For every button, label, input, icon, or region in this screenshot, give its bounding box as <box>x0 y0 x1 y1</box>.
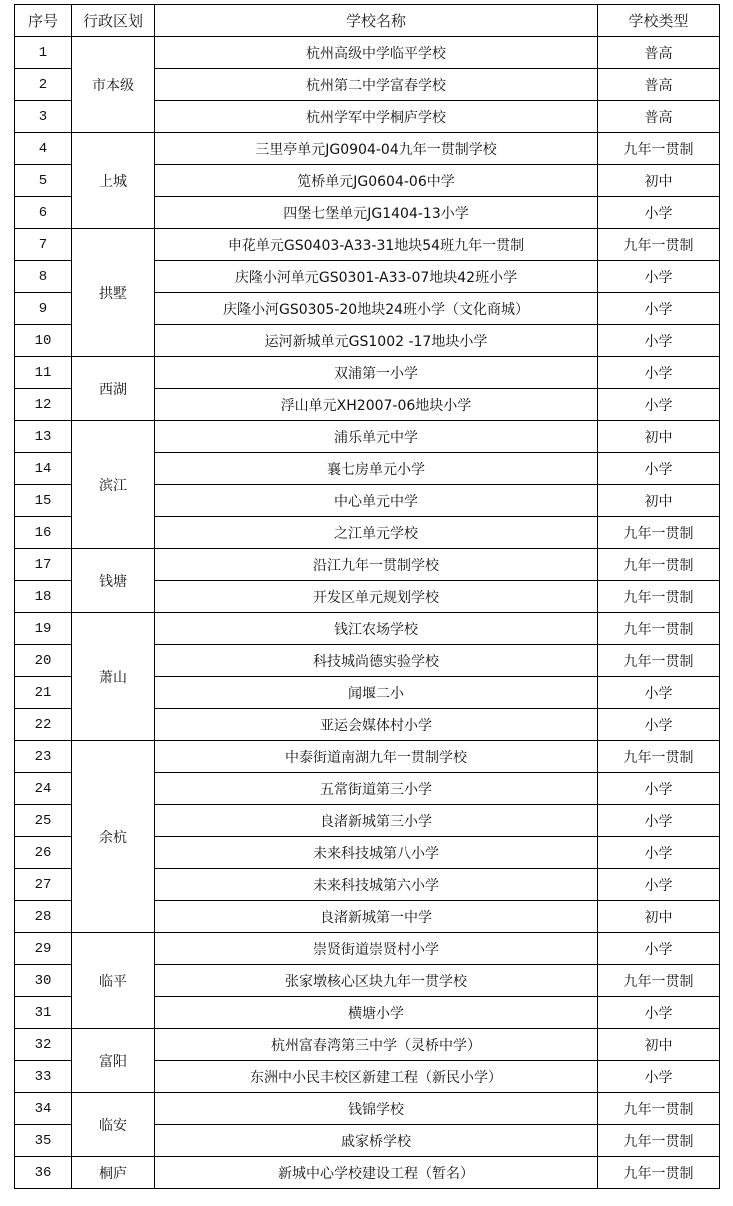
serial-number-cell: 26 <box>15 837 72 869</box>
serial-number-cell: 17 <box>15 549 72 581</box>
district-cell: 上城 <box>72 133 155 229</box>
serial-number-cell: 20 <box>15 645 72 677</box>
table-row: 19萧山钱江农场学校九年一贯制 <box>15 613 720 645</box>
school-name-cell: 张家墩核心区块九年一贯学校 <box>155 965 598 997</box>
serial-number-cell: 13 <box>15 421 72 453</box>
header-school-type: 学校类型 <box>598 5 720 37</box>
school-type-cell: 初中 <box>598 421 720 453</box>
table-row: 1市本级杭州高级中学临平学校普高 <box>15 37 720 69</box>
school-name-cell: 未来科技城第六小学 <box>155 869 598 901</box>
serial-number-cell: 14 <box>15 453 72 485</box>
school-type-cell: 初中 <box>598 1029 720 1061</box>
school-name-cell: 钱锦学校 <box>155 1093 598 1125</box>
school-name-cell: 三里亭单元JG0904-04九年一贯制学校 <box>155 133 598 165</box>
school-type-cell: 小学 <box>598 773 720 805</box>
school-name-cell: 杭州第二中学富春学校 <box>155 69 598 101</box>
serial-number-cell: 31 <box>15 997 72 1029</box>
serial-number-cell: 28 <box>15 901 72 933</box>
district-cell: 滨江 <box>72 421 155 549</box>
school-name-cell: 沿江九年一贯制学校 <box>155 549 598 581</box>
serial-number-cell: 23 <box>15 741 72 773</box>
school-name-cell: 科技城尚德实验学校 <box>155 645 598 677</box>
district-cell: 桐庐 <box>72 1157 155 1189</box>
serial-number-cell: 29 <box>15 933 72 965</box>
serial-number-cell: 36 <box>15 1157 72 1189</box>
school-name-cell: 襄七房单元小学 <box>155 453 598 485</box>
serial-number-cell: 8 <box>15 261 72 293</box>
school-name-cell: 戚家桥学校 <box>155 1125 598 1157</box>
school-name-cell: 申花单元GS0403-A33-31地块54班九年一贯制 <box>155 229 598 261</box>
district-cell: 西湖 <box>72 357 155 421</box>
serial-number-cell: 11 <box>15 357 72 389</box>
school-type-cell: 小学 <box>598 261 720 293</box>
table-row: 17钱塘沿江九年一贯制学校九年一贯制 <box>15 549 720 581</box>
school-name-cell: 之江单元学校 <box>155 517 598 549</box>
serial-number-cell: 24 <box>15 773 72 805</box>
school-type-cell: 小学 <box>598 357 720 389</box>
school-type-cell: 小学 <box>598 677 720 709</box>
school-type-cell: 普高 <box>598 69 720 101</box>
school-name-cell: 浦乐单元中学 <box>155 421 598 453</box>
serial-number-cell: 15 <box>15 485 72 517</box>
school-type-cell: 九年一贯制 <box>598 965 720 997</box>
school-type-cell: 九年一贯制 <box>598 741 720 773</box>
header-serial-number: 序号 <box>15 5 72 37</box>
serial-number-cell: 2 <box>15 69 72 101</box>
school-type-cell: 小学 <box>598 293 720 325</box>
serial-number-cell: 10 <box>15 325 72 357</box>
school-name-cell: 浮山单元XH2007-06地块小学 <box>155 389 598 421</box>
serial-number-cell: 4 <box>15 133 72 165</box>
table-row: 11西湖双浦第一小学小学 <box>15 357 720 389</box>
school-type-cell: 九年一贯制 <box>598 549 720 581</box>
school-type-cell: 初中 <box>598 901 720 933</box>
school-name-cell: 亚运会媒体村小学 <box>155 709 598 741</box>
school-name-cell: 四堡七堡单元JG1404-13小学 <box>155 197 598 229</box>
school-name-cell: 中心单元中学 <box>155 485 598 517</box>
school-type-cell: 九年一贯制 <box>598 613 720 645</box>
serial-number-cell: 9 <box>15 293 72 325</box>
school-type-cell: 小学 <box>598 805 720 837</box>
school-list-table: 序号 行政区划 学校名称 学校类型 1市本级杭州高级中学临平学校普高2杭州第二中… <box>14 4 720 1189</box>
school-type-cell: 九年一贯制 <box>598 517 720 549</box>
school-name-cell: 双浦第一小学 <box>155 357 598 389</box>
school-type-cell: 九年一贯制 <box>598 1157 720 1189</box>
district-cell: 萧山 <box>72 613 155 741</box>
table-row: 23余杭中泰街道南湖九年一贯制学校九年一贯制 <box>15 741 720 773</box>
serial-number-cell: 33 <box>15 1061 72 1093</box>
table-row: 4上城三里亭单元JG0904-04九年一贯制学校九年一贯制 <box>15 133 720 165</box>
school-name-cell: 闻堰二小 <box>155 677 598 709</box>
header-row: 序号 行政区划 学校名称 学校类型 <box>15 5 720 37</box>
district-cell: 市本级 <box>72 37 155 133</box>
school-name-cell: 运河新城单元GS1002 -17地块小学 <box>155 325 598 357</box>
school-type-cell: 小学 <box>598 869 720 901</box>
school-type-cell: 小学 <box>598 933 720 965</box>
school-type-cell: 普高 <box>598 37 720 69</box>
serial-number-cell: 34 <box>15 1093 72 1125</box>
district-cell: 钱塘 <box>72 549 155 613</box>
serial-number-cell: 30 <box>15 965 72 997</box>
serial-number-cell: 32 <box>15 1029 72 1061</box>
district-cell: 拱墅 <box>72 229 155 357</box>
school-type-cell: 九年一贯制 <box>598 133 720 165</box>
serial-number-cell: 16 <box>15 517 72 549</box>
serial-number-cell: 27 <box>15 869 72 901</box>
school-name-cell: 良渚新城第一中学 <box>155 901 598 933</box>
table-row: 29临平崇贤街道崇贤村小学小学 <box>15 933 720 965</box>
school-type-cell: 小学 <box>598 997 720 1029</box>
school-type-cell: 九年一贯制 <box>598 1093 720 1125</box>
school-name-cell: 良渚新城第三小学 <box>155 805 598 837</box>
school-name-cell: 横塘小学 <box>155 997 598 1029</box>
serial-number-cell: 12 <box>15 389 72 421</box>
table-body: 1市本级杭州高级中学临平学校普高2杭州第二中学富春学校普高3杭州学军中学桐庐学校… <box>15 37 720 1189</box>
serial-number-cell: 1 <box>15 37 72 69</box>
school-name-cell: 杭州高级中学临平学校 <box>155 37 598 69</box>
table-row: 34临安钱锦学校九年一贯制 <box>15 1093 720 1125</box>
school-name-cell: 崇贤街道崇贤村小学 <box>155 933 598 965</box>
serial-number-cell: 35 <box>15 1125 72 1157</box>
school-name-cell: 杭州学军中学桐庐学校 <box>155 101 598 133</box>
school-name-cell: 庆隆小河单元GS0301-A33-07地块42班小学 <box>155 261 598 293</box>
school-type-cell: 初中 <box>598 165 720 197</box>
district-cell: 临平 <box>72 933 155 1029</box>
serial-number-cell: 22 <box>15 709 72 741</box>
serial-number-cell: 25 <box>15 805 72 837</box>
school-name-cell: 新城中心学校建设工程（暂名） <box>155 1157 598 1189</box>
school-type-cell: 小学 <box>598 325 720 357</box>
school-name-cell: 笕桥单元JG0604-06中学 <box>155 165 598 197</box>
school-name-cell: 东洲中小民丰校区新建工程（新民小学） <box>155 1061 598 1093</box>
school-name-cell: 开发区单元规划学校 <box>155 581 598 613</box>
table-row: 32富阳杭州富春湾第三中学（灵桥中学）初中 <box>15 1029 720 1061</box>
school-type-cell: 小学 <box>598 709 720 741</box>
school-type-cell: 初中 <box>598 485 720 517</box>
school-name-cell: 钱江农场学校 <box>155 613 598 645</box>
school-type-cell: 小学 <box>598 197 720 229</box>
serial-number-cell: 3 <box>15 101 72 133</box>
school-type-cell: 小学 <box>598 837 720 869</box>
school-name-cell: 五常街道第三小学 <box>155 773 598 805</box>
serial-number-cell: 5 <box>15 165 72 197</box>
school-type-cell: 普高 <box>598 101 720 133</box>
district-cell: 富阳 <box>72 1029 155 1093</box>
school-type-cell: 九年一贯制 <box>598 645 720 677</box>
header-district: 行政区划 <box>72 5 155 37</box>
table-row: 13滨江浦乐单元中学初中 <box>15 421 720 453</box>
school-type-cell: 九年一贯制 <box>598 1125 720 1157</box>
serial-number-cell: 19 <box>15 613 72 645</box>
table-row: 36桐庐新城中心学校建设工程（暂名）九年一贯制 <box>15 1157 720 1189</box>
school-type-cell: 小学 <box>598 389 720 421</box>
serial-number-cell: 7 <box>15 229 72 261</box>
serial-number-cell: 6 <box>15 197 72 229</box>
serial-number-cell: 18 <box>15 581 72 613</box>
school-type-cell: 九年一贯制 <box>598 581 720 613</box>
header-school-name: 学校名称 <box>155 5 598 37</box>
school-type-cell: 九年一贯制 <box>598 229 720 261</box>
district-cell: 临安 <box>72 1093 155 1157</box>
school-name-cell: 杭州富春湾第三中学（灵桥中学） <box>155 1029 598 1061</box>
school-type-cell: 小学 <box>598 453 720 485</box>
school-name-cell: 中泰街道南湖九年一贯制学校 <box>155 741 598 773</box>
table-row: 7拱墅申花单元GS0403-A33-31地块54班九年一贯制九年一贯制 <box>15 229 720 261</box>
school-type-cell: 小学 <box>598 1061 720 1093</box>
district-cell: 余杭 <box>72 741 155 933</box>
serial-number-cell: 21 <box>15 677 72 709</box>
school-name-cell: 未来科技城第八小学 <box>155 837 598 869</box>
school-name-cell: 庆隆小河GS0305-20地块24班小学（文化商城） <box>155 293 598 325</box>
